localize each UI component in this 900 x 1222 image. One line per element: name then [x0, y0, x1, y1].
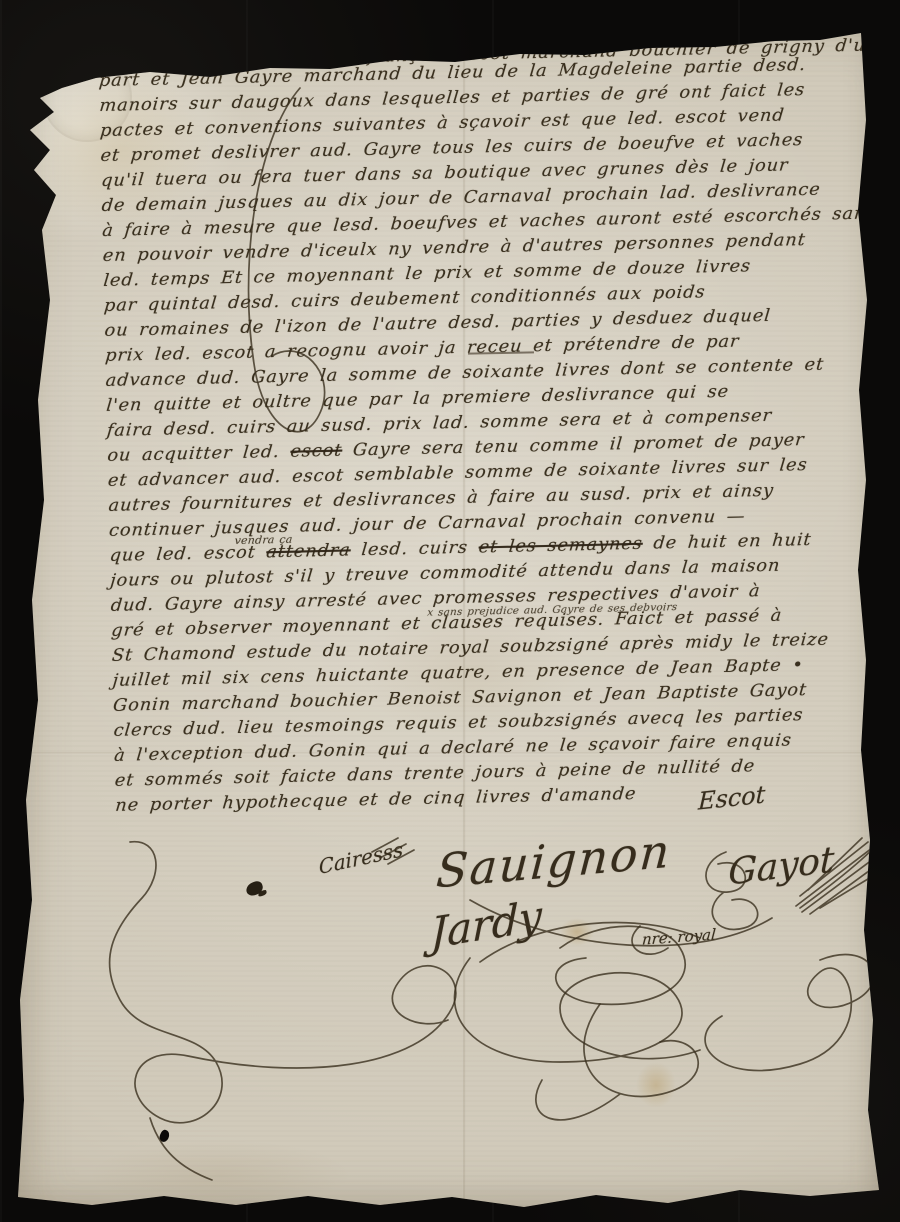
paper-stain: [560, 918, 594, 946]
line-text: ou acquitter led.: [107, 442, 292, 466]
signature-cairess: Cairesss: [318, 837, 404, 879]
left-paraph-tail: [150, 1118, 212, 1180]
manuscript-text: Furent presentz françois escot marchand …: [98, 26, 900, 819]
struck-word: et les semaynes: [478, 534, 644, 558]
paper-stain: [636, 1062, 676, 1108]
signature-sauignon: Sauignon: [435, 823, 674, 898]
signature-gayot: Gayot: [728, 839, 835, 893]
worm-hole: [158, 1129, 171, 1144]
signature-jardy: Jardy: [430, 891, 542, 958]
struck-word: escot: [290, 441, 344, 462]
line-text: lesd. cuirs: [350, 537, 480, 560]
notary-title: nre: royal: [641, 925, 716, 948]
jardy-central-paraph2: [454, 958, 700, 1062]
opening-initial: Furent: [128, 33, 264, 75]
left-paraph-flourish: [110, 842, 456, 1123]
paper-stain: [90, 1140, 350, 1210]
jardy-lower-loop: [536, 1004, 698, 1120]
signature-escot: Escot: [698, 780, 766, 815]
interlinear-insert: vendra ça: [233, 528, 293, 554]
manuscript-paper: Furent presentz françois escot marchand …: [0, 0, 900, 1222]
photo-stage: Furent presentz françois escot marchand …: [0, 0, 900, 1222]
right-paraph-flourish: [705, 955, 874, 1071]
ink-blot: [244, 880, 264, 898]
line-text: de huit en huit: [642, 530, 812, 554]
